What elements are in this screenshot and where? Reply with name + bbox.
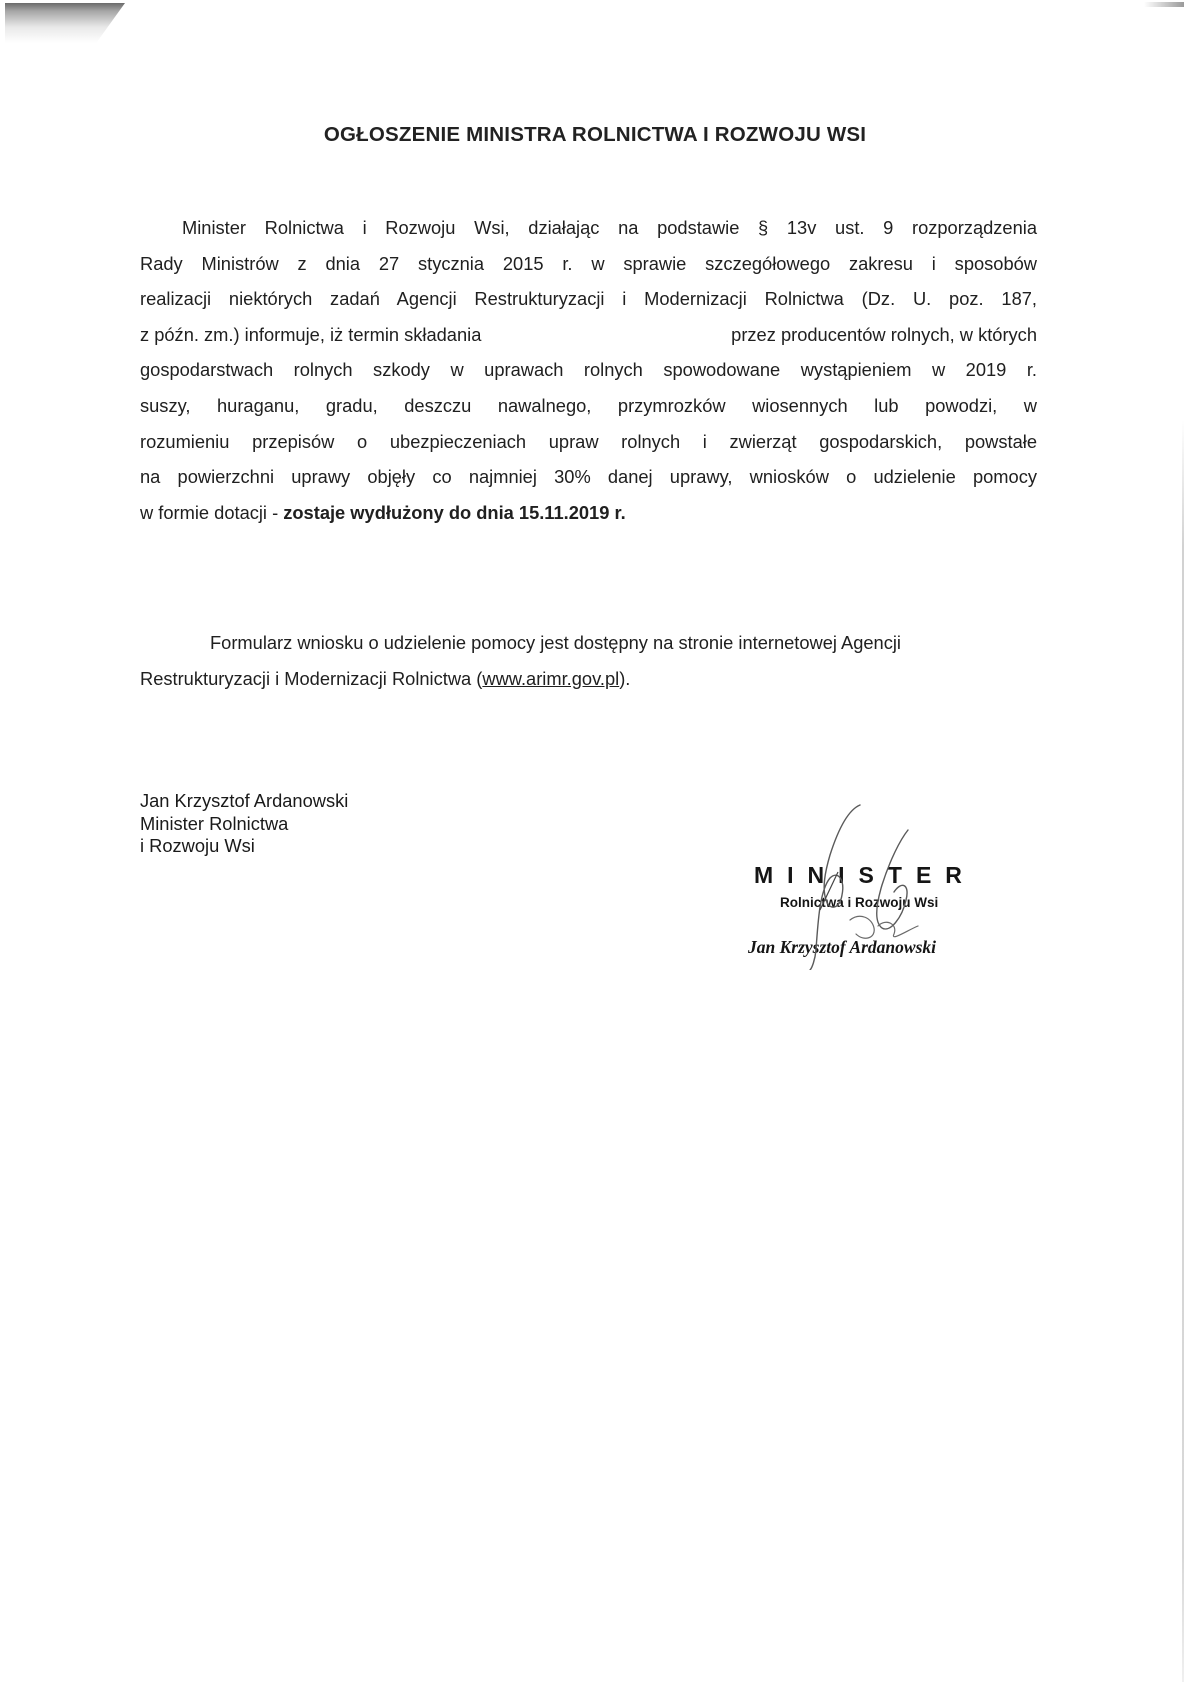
stamp-name: Jan Krzysztof Ardanowski	[748, 937, 936, 958]
paragraph-line-start: Restrukturyzacji i Modernizacji Rolnictw…	[140, 668, 482, 689]
signatory-name: Jan Krzysztof Ardanowski	[140, 790, 348, 813]
paragraph-line: gospodarstwach rolnych szkody w uprawach…	[140, 352, 1037, 388]
paragraph-line: w formie dotacji - zostaje wydłużony do …	[140, 495, 1037, 531]
paragraph-line: Rady Ministrów z dnia 27 stycznia 2015 r…	[140, 246, 1037, 282]
form-info-paragraph: Formularz wniosku o udzielenie pomocy je…	[140, 625, 1037, 696]
paragraph-line: Formularz wniosku o udzielenie pomocy je…	[140, 625, 1037, 661]
paragraph-line: na powierzchni uprawy objęły co najmniej…	[140, 459, 1037, 495]
arimr-website-link[interactable]: www.arimr.gov.pl	[482, 668, 619, 689]
scan-artifact-top-left	[5, 3, 125, 43]
signatory-role: i Rozwoju Wsi	[140, 835, 348, 858]
paragraph-line-start: w formie dotacji -	[140, 502, 283, 523]
paragraph-line-start: z późn. zm.) informuje, iż termin składa…	[140, 324, 481, 345]
deadline-emphasis: zostaje wydłużony do dnia 15.11.2019 r.	[283, 502, 625, 523]
paragraph-line: Restrukturyzacji i Modernizacji Rolnictw…	[140, 661, 1037, 697]
official-stamp: MINISTER Rolnictwa i Rozwoju Wsi Jan Krz…	[748, 860, 1008, 980]
document-title: OGŁOSZENIE MINISTRA ROLNICTWA I ROZWOJU …	[0, 123, 1190, 147]
paragraph-line: z późn. zm.) informuje, iż termin składa…	[140, 317, 1037, 353]
signatory-role: Minister Rolnictwa	[140, 813, 348, 836]
paragraph-line: suszy, huraganu, gradu, deszczu nawalneg…	[140, 388, 1037, 424]
announcement-paragraph: Minister Rolnictwa i Rozwoju Wsi, działa…	[140, 210, 1037, 530]
signatory-block: Jan Krzysztof Ardanowski Minister Rolnic…	[140, 790, 348, 858]
paragraph-line: realizacji niektórych zadań Agencji Rest…	[140, 281, 1037, 317]
stamp-title: MINISTER	[754, 862, 976, 889]
paragraph-line: rozumieniu przepisów o ubezpieczeniach u…	[140, 424, 1037, 460]
paragraph-line-end: ).	[619, 668, 630, 689]
scan-artifact-top-right	[1144, 2, 1184, 7]
scan-artifact-right-edge	[1182, 420, 1184, 1682]
stamp-subtitle: Rolnictwa i Rozwoju Wsi	[780, 895, 938, 910]
paragraph-line-end: przez producentów rolnych, w których	[731, 317, 1037, 353]
paragraph-line: Minister Rolnictwa i Rozwoju Wsi, działa…	[140, 210, 1037, 246]
